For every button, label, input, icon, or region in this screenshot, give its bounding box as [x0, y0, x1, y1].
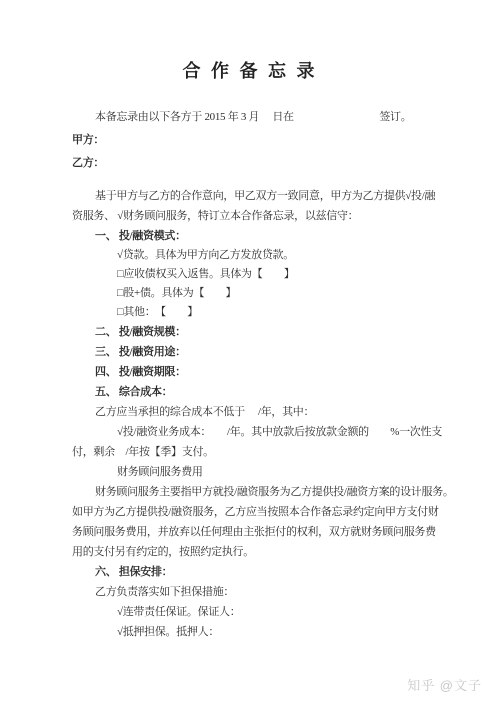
section6-line1: 乙方负责落实如下担保措施： [72, 582, 442, 602]
section6-item-guarantee: √连带责任保证。保证人： [72, 602, 442, 622]
doc-title: 合 作 备 忘 录 [0, 57, 500, 81]
section6-item-mortgage: √抵押担保。抵押人： [72, 622, 442, 642]
section1-item-other: □其他： 【 】 [72, 303, 442, 322]
section4-heading: 四、 投/融资期限： [72, 362, 442, 382]
section5-advisory-line1: 财务顾问服务主要指甲方就投/融资服务为乙方提供投/融资方案的设计服务。 [72, 482, 442, 502]
preamble-line-1: 基于甲方与乙方的合作意向，甲乙双方一致同意，甲方为乙方提供√投/融 [72, 186, 442, 206]
section1-item-receivables: □应收债权买入返售。具体为【 】 [72, 265, 442, 284]
section2-heading: 二、 投/融资规模： [72, 322, 442, 342]
section1-item-equity-debt: □股+债。具体为【 】 [72, 284, 442, 303]
doc-body: 本备忘录由以下各方于 2015 年 3 月 日在 签订。 甲方： 乙方： 基于甲… [72, 107, 442, 642]
section5-advisory-line2: 如甲方为乙方提供投/融资服务，乙方应当按照本合作备忘录约定向甲方支付财 [72, 502, 442, 522]
section6-heading: 六、 担保安排： [72, 562, 442, 582]
party-b-line: 乙方： [72, 153, 442, 173]
section1-heading: 一、 投/融资模式： [72, 226, 442, 246]
section5-advisory-line3: 务顾问服务费用，并放弃以任何理由主张拒付的权利，双方就财务顾问服务费 [72, 522, 442, 542]
section3-heading: 三、 投/融资用途： [72, 342, 442, 362]
preamble-line-2: 资服务、 √财务顾问服务，特订立本合作备忘录，以兹信守： [72, 206, 442, 226]
section5-advisory-title: 财务顾问服务费用 [72, 462, 442, 482]
party-a-line: 甲方： [72, 130, 442, 150]
section5-line1: 乙方应当承担的综合成本不低于 /年，其中： [72, 402, 442, 422]
date-line: 本备忘录由以下各方于 2015 年 3 月 日在 签订。 [72, 107, 442, 127]
section5-heading: 五、 综合成本： [72, 382, 442, 402]
section5-advisory-line4: 用的支付另有约定的，按照约定执行。 [72, 542, 442, 562]
section1-item-loan: √贷款。具体为甲方向乙方发放贷款。 [72, 246, 442, 265]
section5-cost-line1: √投/融资业务成本： /年。其中放款后按放款金额的 %一次性支 [72, 422, 442, 442]
section5-cost-line2: 付，剩余 /年按【季】支付。 [72, 442, 442, 462]
memo-page: 合 作 备 忘 录 本备忘录由以下各方于 2015 年 3 月 日在 签订。 甲… [0, 0, 500, 707]
zhihu-watermark: 知乎 @文子 [407, 675, 482, 694]
